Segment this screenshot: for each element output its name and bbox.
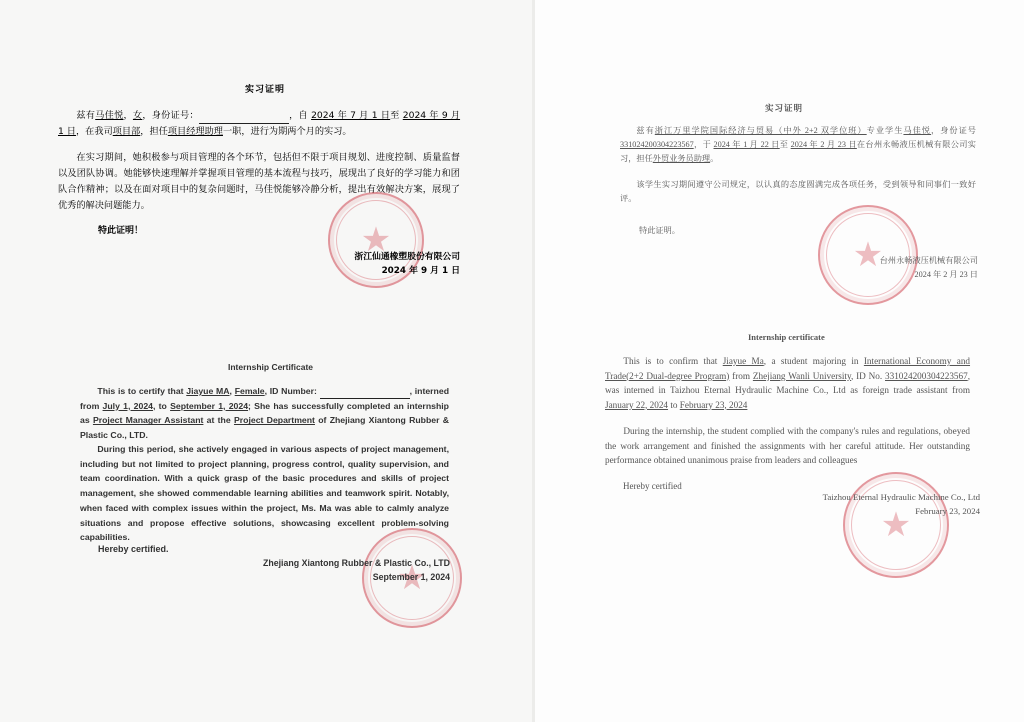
cn-paragraph-1: 兹有浙江万里学院国际经济与贸易（中外 2+2 双学位班）专业学生马佳悦，身份证号… (620, 124, 976, 166)
en-paragraph-2: During the internship, the student compl… (605, 424, 970, 468)
en-company-name: Taizhou Eternal Hydraulic Machine Co., L… (735, 490, 980, 504)
en-paragraph-2: During this period, she actively engaged… (80, 442, 449, 545)
company-seal-stamp-en: ★ (843, 472, 949, 578)
en-date: February 23, 2024 (735, 504, 980, 518)
right-certificate-page: 实习证明 兹有浙江万里学院国际经济与贸易（中外 2+2 双学位班）专业学生马佳悦… (535, 0, 1024, 722)
en-signature-block: Taizhou Eternal Hydraulic Machine Co., L… (735, 490, 980, 518)
en-title: Internship Certificate (228, 362, 313, 372)
left-certificate-page: 实习证明 兹有马佳悦，女，身份证号：，自 2024 年 7 月 1 日至 202… (0, 0, 535, 722)
id-number-blank (320, 389, 410, 399)
en-date: September 1, 2024 (250, 570, 450, 584)
cn-paragraph-1: 兹有马佳悦，女，身份证号：，自 2024 年 7 月 1 日至 2024 年 9… (58, 108, 460, 140)
cn-paragraph-2: 该学生实习期间遵守公司规定，以认真的态度圆满完成各项任务，受到领导和同事们一致好… (620, 178, 976, 206)
cn-company-name: 浙江仙通橡塑股份有限公司 (300, 250, 460, 264)
en-closing: Hereby certified. (98, 544, 169, 554)
en-company-name: Zhejiang Xiantong Rubber & Plastic Co., … (250, 556, 450, 570)
id-blank (199, 114, 289, 124)
cn-closing: 特此证明。 (639, 225, 680, 236)
cn-title: 实习证明 (245, 82, 285, 95)
en-paragraph-1: This is to confirm that Jiayue Ma, a stu… (605, 354, 970, 412)
cn-signature-block: 台州永畅液压机械有限公司 2024 年 2 月 23 日 (775, 254, 978, 282)
en-paragraph-1: This is to certify that Jiayue MA, Femal… (80, 384, 449, 443)
cn-closing: 特此证明！ (98, 223, 143, 236)
cn-date: 2024 年 9 月 1 日 (300, 264, 460, 278)
name-field: 马佳悦 (95, 110, 123, 121)
cn-title: 实习证明 (765, 102, 803, 114)
cn-signature-block: 浙江仙通橡塑股份有限公司 2024 年 9 月 1 日 (300, 250, 460, 278)
cn-company-name: 台州永畅液压机械有限公司 (775, 254, 978, 268)
en-signature-block: Zhejiang Xiantong Rubber & Plastic Co., … (250, 556, 450, 584)
cn-date: 2024 年 2 月 23 日 (775, 268, 978, 282)
en-closing: Hereby certified (623, 481, 682, 491)
en-title: Internship certificate (748, 332, 825, 342)
